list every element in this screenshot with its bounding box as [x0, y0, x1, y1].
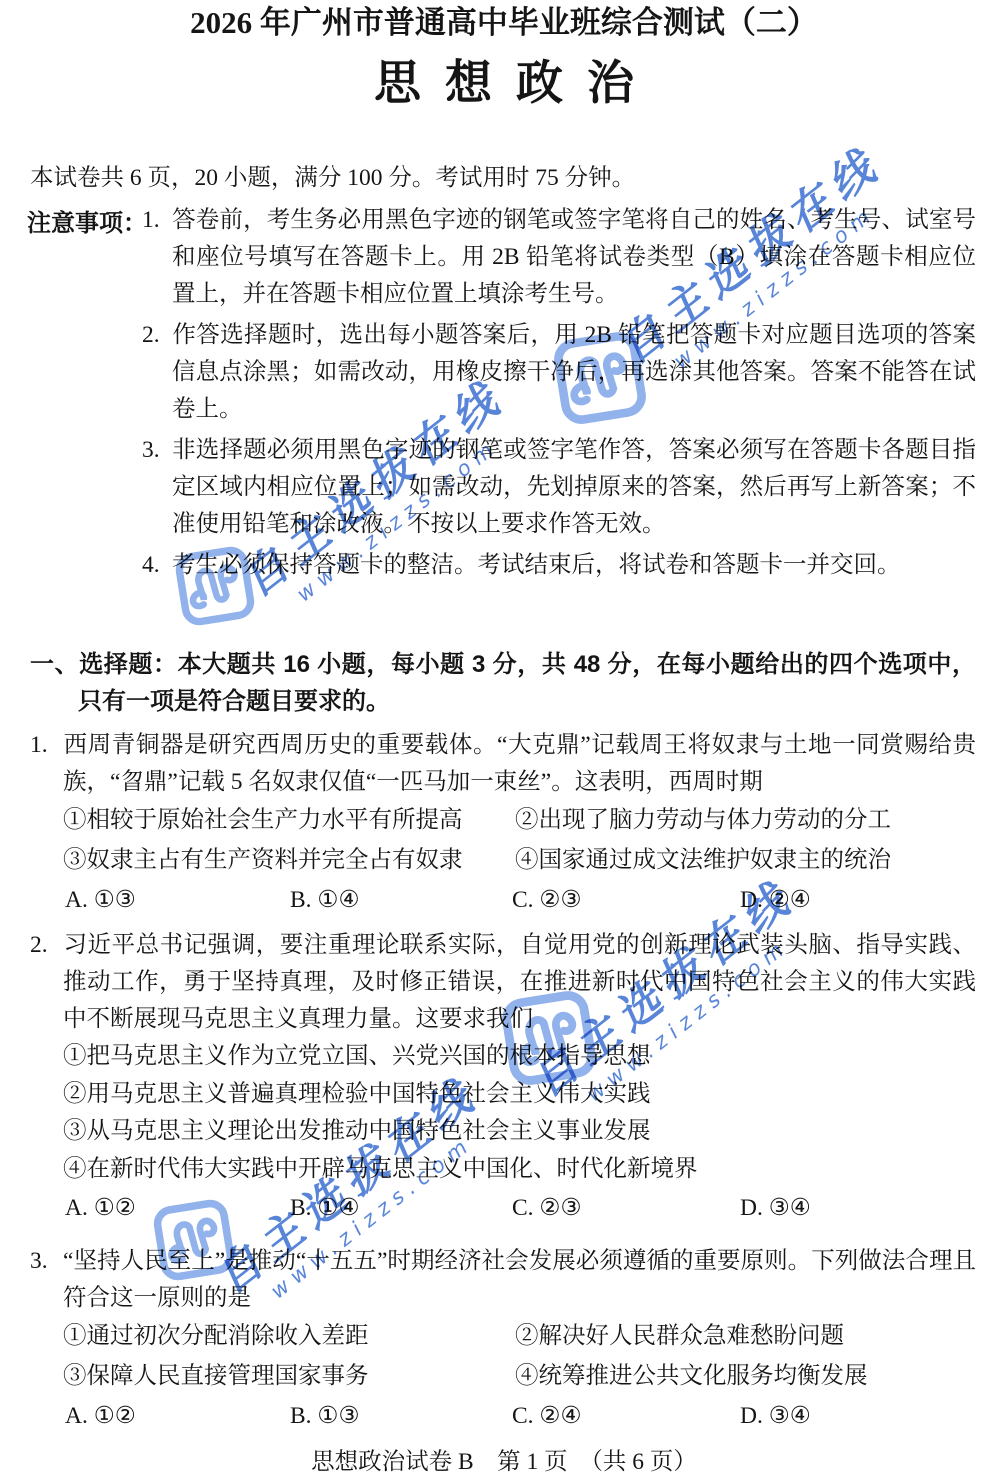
choice-c: C. ②④	[512, 1397, 740, 1436]
choice-a: A. ①③	[65, 881, 290, 920]
option-3: ③奴隶主占有生产资料并完全占有奴隶	[63, 841, 515, 881]
exam-title: 2026 年广州市普通高中毕业班综合测试（二）	[0, 2, 1008, 44]
choice-d: D. ③④	[740, 1397, 811, 1436]
option-1: ①通过初次分配消除收入差距	[63, 1317, 515, 1357]
choice-c: C. ②③	[512, 881, 740, 920]
question-number: 3.	[30, 1243, 63, 1280]
question-number: 1.	[30, 727, 63, 764]
question-number: 2.	[30, 927, 63, 964]
choice-b: B. ①③	[290, 1397, 512, 1436]
choice-b: B. ①④	[290, 881, 512, 920]
page-footer: 思想政治试卷 B 第 1 页 （共 6 页）	[0, 1445, 1008, 1479]
question-stem: 2.习近平总书记强调，要注重理论联系实际，自觉用党的创新理论武装头脑、指导实践、…	[0, 927, 1008, 1038]
question-2: 2.习近平总书记强调，要注重理论联系实际，自觉用党的创新理论武装头脑、指导实践、…	[0, 927, 1008, 1228]
option-row: ③保障人民直接管理国家事务 ④统筹推进公共文化服务均衡发展	[0, 1357, 1008, 1397]
choice-c: C. ②③	[512, 1189, 740, 1228]
question-stem: 1.西周青铜器是研究西周历史的重要载体。“大克鼎”记载周王将奴隶与土地一同赏赐给…	[0, 727, 1008, 801]
choice-a: A. ①②	[65, 1189, 290, 1228]
option-row: ①相较于原始社会生产力水平有所提高 ②出现了脑力劳动与体力劳动的分工	[0, 801, 1008, 841]
option-1: ①把马克思主义作为立党立国、兴党兴国的根本指导思想	[0, 1038, 1008, 1076]
answer-choices-row: A. ①② B. ①④ C. ②③ D. ③④	[0, 1189, 1008, 1228]
paper-info-line: 本试卷共 6 页，20 小题，满分 100 分。考试用时 75 分钟。	[30, 160, 978, 197]
question-1: 1.西周青铜器是研究西周历史的重要载体。“大克鼎”记载周王将奴隶与土地一同赏赐给…	[0, 727, 1008, 920]
notice-item-text: 非选择题必须用黑色字迹的钢笔或签字笔作答，答案必须写在答题卡各题目指定区域内相应…	[172, 437, 976, 537]
answer-choices-row: A. ①③ B. ①④ C. ②③ D. ②④	[0, 881, 1008, 920]
option-1: ①相较于原始社会生产力水平有所提高	[63, 801, 515, 841]
option-3: ③保障人民直接管理国家事务	[63, 1357, 515, 1397]
notice-label: 注意事项：	[27, 203, 147, 238]
option-2: ②用马克思主义普遍真理检验中国特色社会主义伟大实践	[0, 1076, 1008, 1114]
answer-choices-row: A. ①② B. ①③ C. ②④ D. ③④	[0, 1397, 1008, 1436]
notice-item: 2.作答选择题时，选出每小题答案后，用 2B 铅笔把答题卡对应题目选项的答案信息…	[0, 317, 1008, 428]
notice-item-number: 3.	[142, 432, 172, 469]
notice-section: 注意事项： 1.答卷前，考生务必用黑色字迹的钢笔或签字笔将自己的姓名、考生号、试…	[0, 202, 1008, 584]
choice-b: B. ①④	[290, 1189, 512, 1228]
option-4: ④国家通过成文法维护奴隶主的统治	[515, 841, 891, 881]
choice-a: A. ①②	[65, 1397, 290, 1436]
option-row: ③奴隶主占有生产资料并完全占有奴隶 ④国家通过成文法维护奴隶主的统治	[0, 841, 1008, 881]
notice-item: 1.答卷前，考生务必用黑色字迹的钢笔或签字笔将自己的姓名、考生号、试室号和座位号…	[0, 202, 1008, 313]
question-3: 3.“坚持人民至上”是推动“十五五”时期经济社会发展必须遵循的重要原则。下列做法…	[0, 1243, 1008, 1436]
section-heading: 一、选择题：本大题共 16 小题，每小题 3 分，共 48 分，在每小题给出的四…	[0, 646, 1008, 720]
option-4: ④在新时代伟大实践中开辟马克思主义中国化、时代化新境界	[0, 1151, 1008, 1189]
question-text: 习近平总书记强调，要注重理论联系实际，自觉用党的创新理论武装头脑、指导实践、推动…	[63, 932, 976, 1032]
question-text: 西周青铜器是研究西周历史的重要载体。“大克鼎”记载周王将奴隶与土地一同赏赐给贵族…	[63, 732, 976, 795]
choice-d: D. ②④	[740, 881, 811, 920]
option-4: ④统筹推进公共文化服务均衡发展	[515, 1357, 868, 1397]
option-row: ①通过初次分配消除收入差距 ②解决好人民群众急难愁盼问题	[0, 1317, 1008, 1357]
notice-item-number: 4.	[142, 547, 172, 584]
notice-item-text: 答卷前，考生务必用黑色字迹的钢笔或签字笔将自己的姓名、考生号、试室号和座位号填写…	[172, 207, 976, 307]
notice-item: 4.考生必须保持答题卡的整洁。考试结束后，将试卷和答题卡一并交回。	[0, 547, 1008, 584]
subject-title: 思想政治	[0, 54, 1008, 112]
option-3: ③从马克思主义理论出发推动中国特色社会主义事业发展	[0, 1113, 1008, 1151]
notice-item-text: 考生必须保持答题卡的整洁。考试结束后，将试卷和答题卡一并交回。	[172, 552, 901, 578]
question-text: “坚持人民至上”是推动“十五五”时期经济社会发展必须遵循的重要原则。下列做法合理…	[63, 1248, 976, 1311]
choice-d: D. ③④	[740, 1189, 811, 1228]
notice-item-number: 2.	[142, 317, 172, 354]
option-2: ②解决好人民群众急难愁盼问题	[515, 1317, 844, 1357]
option-2: ②出现了脑力劳动与体力劳动的分工	[515, 801, 891, 841]
notice-item-text: 作答选择题时，选出每小题答案后，用 2B 铅笔把答题卡对应题目选项的答案信息点涂…	[172, 322, 976, 422]
question-stem: 3.“坚持人民至上”是推动“十五五”时期经济社会发展必须遵循的重要原则。下列做法…	[0, 1243, 1008, 1317]
exam-paper-page: 2026 年广州市普通高中毕业班综合测试（二） 思想政治 本试卷共 6 页，20…	[0, 0, 1008, 1483]
notice-item: 3.非选择题必须用黑色字迹的钢笔或签字笔作答，答案必须写在答题卡各题目指定区域内…	[0, 432, 1008, 543]
